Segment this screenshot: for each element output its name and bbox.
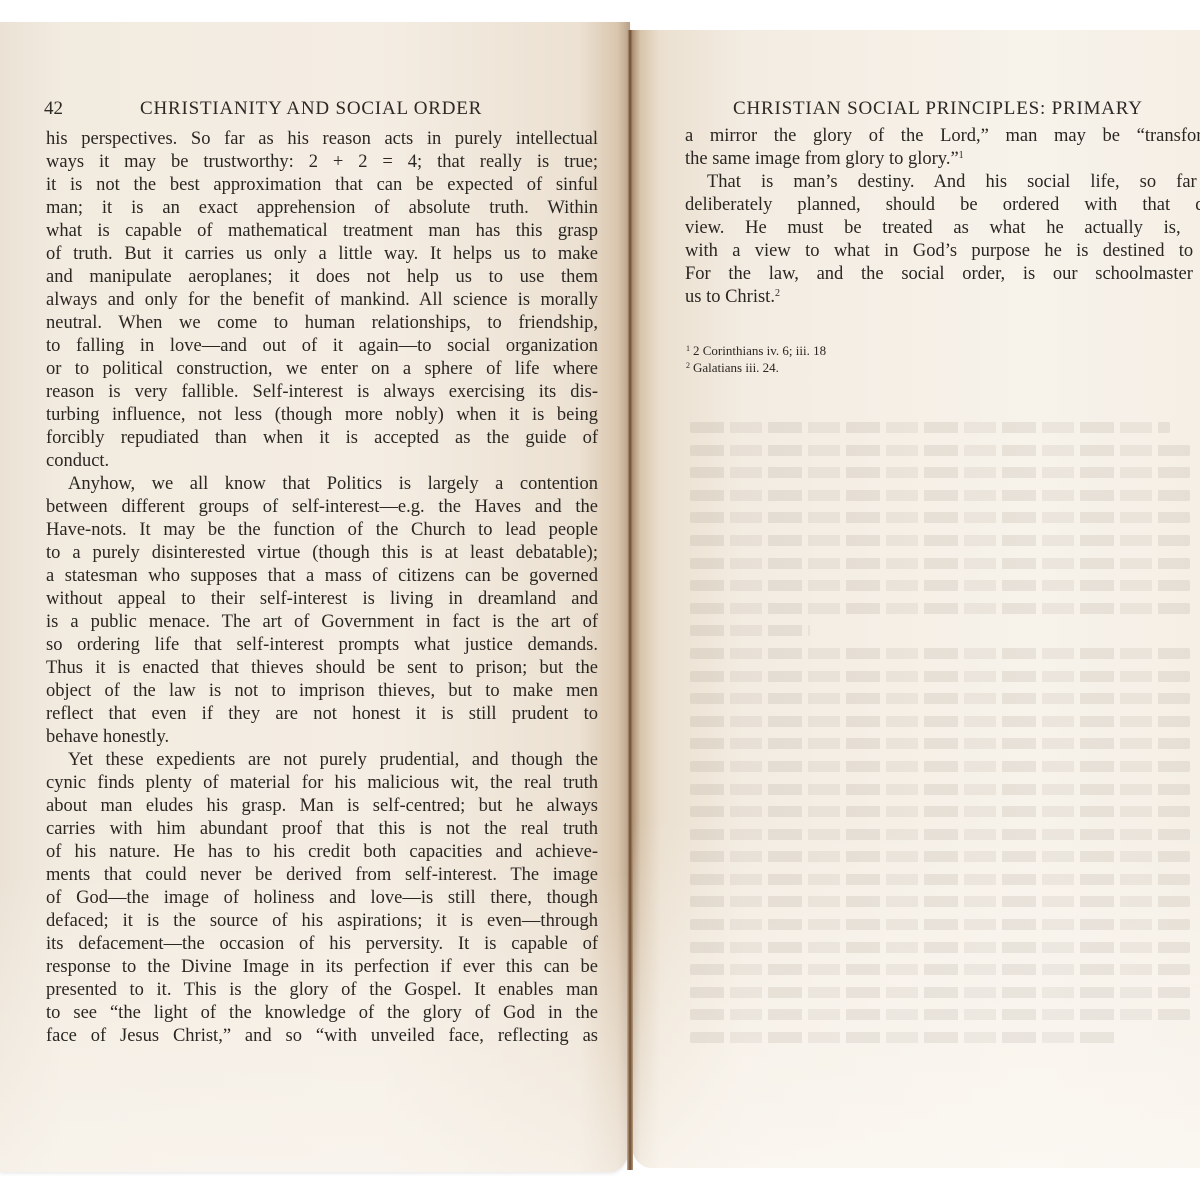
text-line: a mirror the glory of the Lord,” man may…: [685, 125, 1200, 148]
footnote-1: 12 Corinthians iv. 6; iii. 18: [686, 341, 826, 358]
text-line: always and only for the benefit of manki…: [46, 289, 598, 312]
text-line: conduct.: [46, 450, 598, 473]
footnote-ref-2: 2: [775, 288, 780, 299]
text-line: to falling in love—and out of it again—t…: [46, 335, 598, 358]
footnote-2: 2Galatians iii. 24.: [686, 358, 826, 375]
text-line: of truth. But it carries us only a littl…: [46, 243, 598, 266]
text-line: response to the Divine Image in its perf…: [46, 956, 598, 979]
text-line: with a view to what in God’s purpose he …: [685, 240, 1200, 263]
page-number: 42: [44, 98, 63, 120]
text-line: cynic finds plenty of material for his m…: [46, 772, 598, 795]
text-line: For the law, and the social order, is ou…: [685, 263, 1200, 286]
paragraph-start-line: Yet these expedients are not purely prud…: [46, 749, 598, 772]
text-line: turbing influence, not less (though more…: [46, 404, 598, 427]
text-line: or to political construction, we enter o…: [46, 358, 598, 381]
text-line: and manipulate aeroplanes; it does not h…: [46, 266, 598, 289]
text-line: his perspectives. So far as his reason a…: [46, 128, 598, 151]
text-line: without appeal to their self-interest is…: [46, 588, 598, 611]
right-running-head: CHRISTIAN SOCIAL PRINCIPLES: PRIMARY: [733, 98, 1143, 120]
text-line: carries with him abundant proof that thi…: [46, 818, 598, 841]
footnote-mark: 1: [686, 344, 690, 353]
text-line: so ordering life that self-interest prom…: [46, 634, 598, 657]
show-through-text: [690, 422, 1200, 1055]
text-line: about man eludes his grasp. Man is self-…: [46, 795, 598, 818]
text-line: of his nature. He has to his credit both…: [46, 841, 598, 864]
text-line: its defacement—the occasion of his perve…: [46, 933, 598, 956]
text-line: a statesman who supposes that a mass of …: [46, 565, 598, 588]
text-line: forcibly repudiated than when it is acce…: [46, 427, 598, 450]
text-line: to a purely disinterested virtue (though…: [46, 542, 598, 565]
text-line: us to Christ.2: [685, 286, 1200, 309]
text-line: Have-nots. It may be the function of the…: [46, 519, 598, 542]
footnote-text: Galatians iii. 24.: [693, 360, 779, 375]
book-gutter: [627, 30, 633, 1170]
text-line: behave honestly.: [46, 726, 598, 749]
text-line: Thus it is enacted that thieves should b…: [46, 657, 598, 680]
text-line: deliberately planned, should be ordered …: [685, 194, 1200, 217]
text-line: it is not the best approximation that ca…: [46, 174, 598, 197]
text-line: of God—the image of holiness and love—is…: [46, 887, 598, 910]
text-line: face of Jesus Christ,” and so “with unve…: [46, 1025, 598, 1048]
footnote-mark: 2: [686, 361, 690, 370]
text-line: presented to it. This is the glory of th…: [46, 979, 598, 1002]
paragraph-start-line: That is man’s destiny. And his social li…: [685, 171, 1200, 194]
footnote-text: 2 Corinthians iv. 6; iii. 18: [693, 343, 826, 358]
text-line: neutral. When we come to human relations…: [46, 312, 598, 335]
right-page-body: a mirror the glory of the Lord,” man may…: [685, 125, 1200, 309]
footnotes: 12 Corinthians iv. 6; iii. 18 2Galatians…: [686, 341, 826, 375]
text-line: object of the law is not to imprison thi…: [46, 680, 598, 703]
text-line: to see “the light of the knowledge of th…: [46, 1002, 598, 1025]
left-running-head: CHRISTIANITY AND SOCIAL ORDER: [140, 98, 482, 120]
paragraph-start-line: Anyhow, we all know that Politics is lar…: [46, 473, 598, 496]
text-line: defaced; it is the source of his aspirat…: [46, 910, 598, 933]
left-page-body: his perspectives. So far as his reason a…: [46, 128, 598, 1048]
line-text: us to Christ.: [685, 287, 775, 307]
text-line: view. He must be treated as what he actu…: [685, 217, 1200, 240]
footnote-ref-1: 1: [959, 150, 964, 161]
line-text: the same image from glory to glory.”: [685, 149, 959, 169]
text-line: man; it is an exact apprehension of abso…: [46, 197, 598, 220]
text-line: reflect that even if they are not honest…: [46, 703, 598, 726]
text-line: is a public menace. The art of Governmen…: [46, 611, 598, 634]
open-book: 42 CHRISTIANITY AND SOCIAL ORDER his per…: [0, 0, 1200, 1200]
text-line: reason is very fallible. Self-interest i…: [46, 381, 598, 404]
text-line: between different groups of self-interes…: [46, 496, 598, 519]
text-line: what is capable of mathematical treatmen…: [46, 220, 598, 243]
text-line: ways it may be trustworthy: 2 + 2 = 4; t…: [46, 151, 598, 174]
text-line: the same image from glory to glory.”1: [685, 148, 1200, 171]
text-line: ments that could never be derived from s…: [46, 864, 598, 887]
